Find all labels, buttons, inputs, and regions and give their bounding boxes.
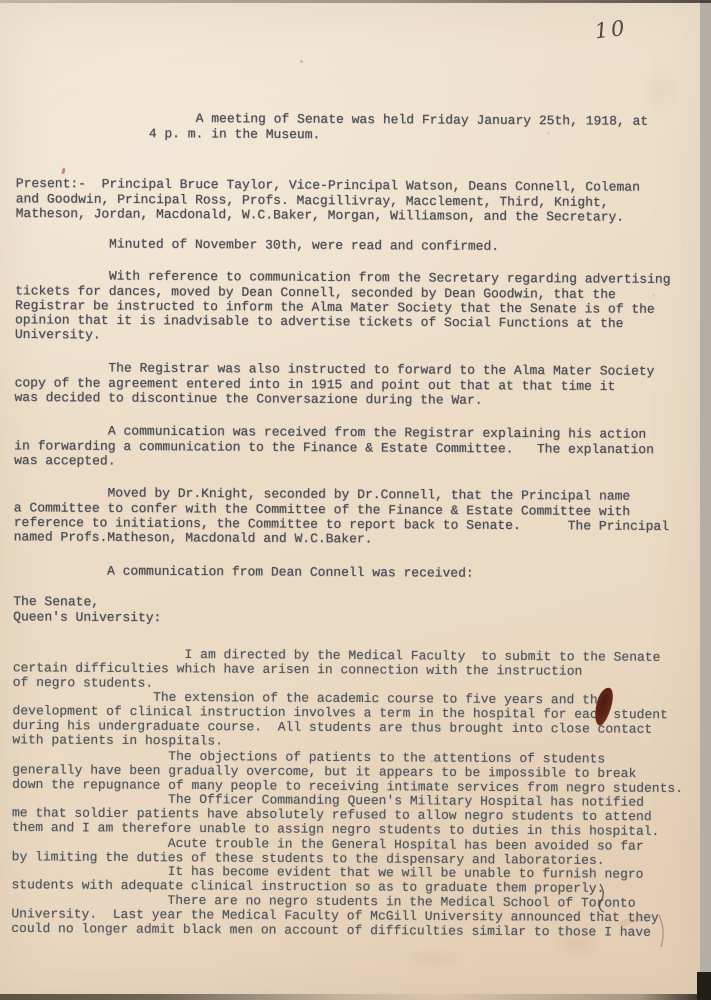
paper-smudge — [640, 60, 680, 120]
paper-smudge — [404, 946, 464, 972]
scan-edge-bottom — [0, 994, 711, 1000]
paper-speck — [300, 60, 303, 63]
typed-line: Queen's University: — [13, 610, 161, 626]
paragraph: I am directed by the Medical Faculty to … — [13, 647, 661, 694]
paragraph: Present:- Principal Bruce Taylor, Vice-P… — [16, 177, 640, 225]
typescript-layer: A meeting of Senate was held Friday Janu… — [0, 0, 711, 1000]
paragraph: With reference to communication from the… — [15, 269, 671, 347]
paper-smudge — [552, 928, 604, 962]
scan-edge-corner — [697, 972, 711, 1000]
paragraph: Moved by Dr.Knight, seconded by Dr.Conne… — [14, 486, 670, 549]
paragraph: The objections of patients to the attent… — [12, 749, 683, 796]
paragraph: A communication from Dean Connell was re… — [13, 564, 473, 582]
paper-speck — [652, 294, 655, 297]
paper-speck — [430, 760, 433, 763]
scan-edge-top — [0, 0, 711, 3]
typed-line: 4 p. m. in the Museum. — [16, 126, 648, 145]
paragraph: The extension of the academic course to … — [12, 690, 668, 752]
paragraph: Minuted of November 30th, were read and … — [15, 237, 499, 255]
scanned-document: { "page": { "handwritten_page_number": "… — [0, 0, 711, 1000]
paragraph: The Registrar was also instructed to for… — [14, 361, 654, 409]
document-page: A meeting of Senate was held Friday Janu… — [0, 0, 700, 1000]
typed-line: named Profs.Matheson, Macdonald and W.C.… — [14, 531, 669, 550]
typed-line: Minuted of November 30th, were read and … — [15, 237, 499, 255]
typed-line: A communication from Dean Connell was re… — [13, 564, 473, 582]
paragraph: A communication was received from the Re… — [14, 424, 654, 472]
paragraph: The Senate,Queen's University: — [13, 595, 161, 625]
paragraph: A meeting of Senate was held Friday Janu… — [16, 111, 648, 144]
paper-speck — [88, 536, 91, 539]
paper-speck — [547, 132, 550, 135]
scan-edge-right — [688, 0, 711, 1000]
handwritten-page-number: 10 — [593, 16, 628, 44]
paragraph: The Officer Commanding Queen's Military … — [12, 792, 660, 839]
